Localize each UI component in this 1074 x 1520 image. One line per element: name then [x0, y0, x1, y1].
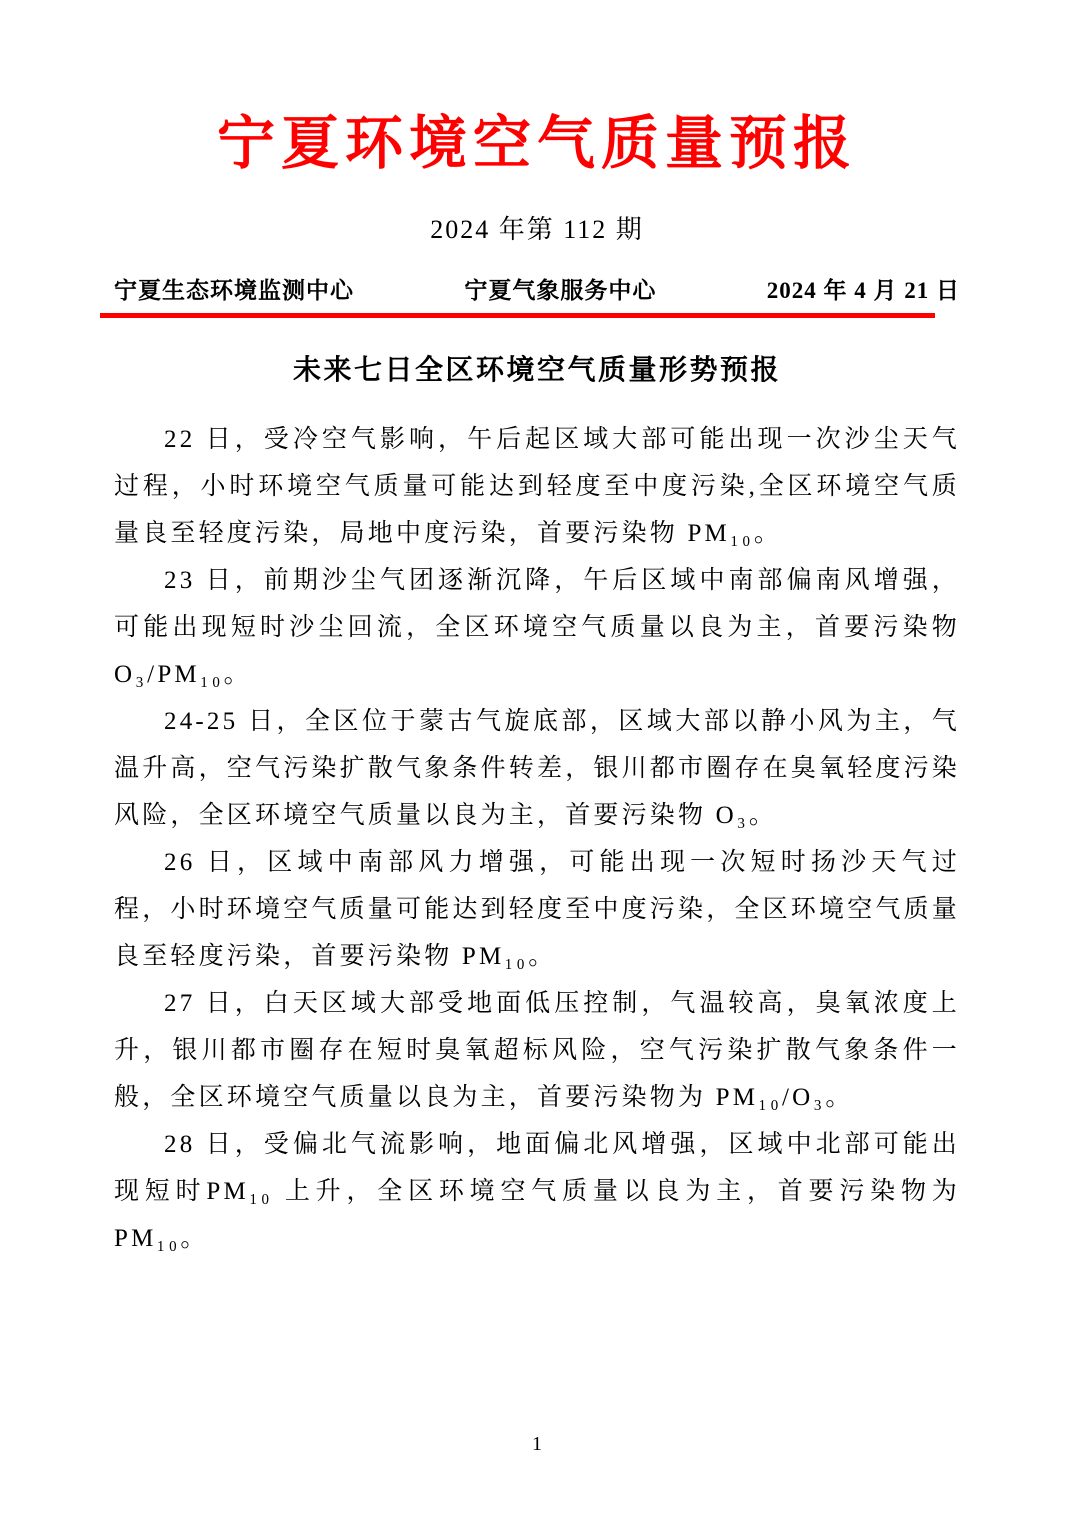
org-monitoring-center: 宁夏生态环境监测中心 [114, 272, 354, 305]
issue-number: 2024 年第 112 期 [114, 209, 960, 246]
document-title: 宁夏环境空气质量预报 [114, 0, 960, 181]
section-title: 未来七日全区环境空气质量形势预报 [114, 348, 960, 388]
forecast-body: 22 日，受冷空气影响，午后起区域大部可能出现一次沙尘天气过程，小时环境空气质量… [114, 416, 960, 1262]
paragraph-day-23: 23 日，前期沙尘气团逐渐沉降，午后区域中南部偏南风增强，可能出现短时沙尘回流，… [114, 557, 960, 698]
document-content: 宁夏环境空气质量预报 2024 年第 112 期 宁夏生态环境监测中心 宁夏气象… [0, 0, 1074, 1262]
page-number: 1 [0, 1433, 1074, 1456]
paragraph-day-22: 22 日，受冷空气影响，午后起区域大部可能出现一次沙尘天气过程，小时环境空气质量… [114, 416, 960, 557]
red-divider-line [100, 313, 935, 318]
paragraph-day-27: 27 日，白天区域大部受地面低压控制，气温较高，臭氧浓度上升，银川都市圈存在短时… [114, 980, 960, 1121]
byline-row: 宁夏生态环境监测中心 宁夏气象服务中心 2024 年 4 月 21 日 [114, 272, 960, 305]
paragraph-day-26: 26 日，区域中南部风力增强，可能出现一次短时扬沙天气过程，小时环境空气质量可能… [114, 839, 960, 980]
document-page: 宁夏环境空气质量预报 2024 年第 112 期 宁夏生态环境监测中心 宁夏气象… [0, 0, 1074, 1520]
paragraph-day-28: 28 日，受偏北气流影响，地面偏北风增强，区域中北部可能出现短时PM₁₀ 上升，… [114, 1121, 960, 1262]
org-weather-service-center: 宁夏气象服务中心 [464, 272, 656, 305]
paragraph-day-24-25: 24-25 日，全区位于蒙古气旋底部，区域大部以静小风为主，气温升高，空气污染扩… [114, 698, 960, 839]
issue-date: 2024 年 4 月 21 日 [767, 272, 960, 305]
